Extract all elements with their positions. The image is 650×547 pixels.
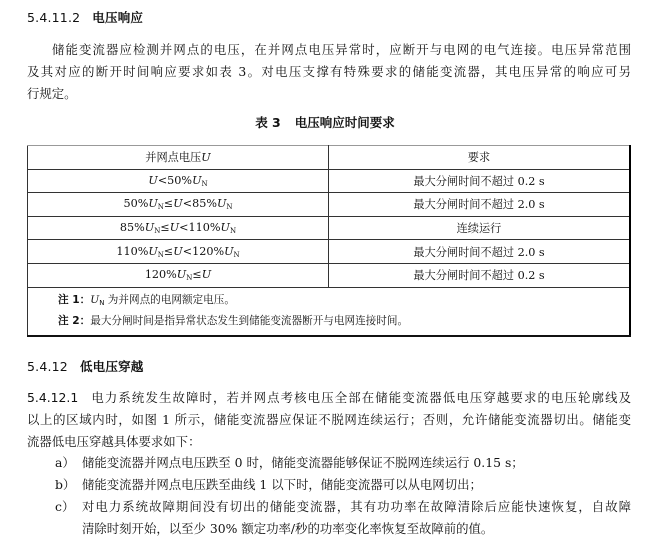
table-number: 表 3: [255, 115, 281, 130]
lvrt-paragraph: 5.4.12.1电力系统发生故障时，若并网点考核电压全部在储能变流器低电压穿越要…: [27, 387, 631, 452]
list-text: 储能变流器并网点电压跌至曲线 1 以下时，储能变流器可以从电网切出；: [82, 474, 631, 496]
paragraph-text: 电力系统发生故障时，若并网点考核电压全部在储能变流器低电压穿越要求的电压轮廓线及: [90, 390, 631, 405]
requirement-cell: 连续运行: [329, 216, 631, 240]
voltage-symbol: U: [201, 151, 210, 164]
header-cell-requirement: 要求: [329, 146, 631, 170]
paragraph-line: 流器低电压穿越具体要求如下：: [27, 431, 631, 453]
table-caption: 表 3电压响应时间要求: [0, 113, 650, 131]
section-heading-5-4-11-2: 5.4.11.2电压响应: [27, 8, 143, 26]
header-cell-voltage: 并网点电压U: [28, 146, 329, 170]
table-note-1: 注 1：UN 为并网点的电网额定电压。: [58, 291, 629, 313]
requirement-cell: 最大分闸时间不超过 2.0 s: [329, 193, 631, 217]
table-row: 120%UN≤U 最大分闸时间不超过 0.2 s: [28, 263, 631, 287]
paragraph-line: 及其对应的断开时间响应要求如表 3。对电压支撑有特殊要求的储能变流器，其电压异常…: [27, 61, 631, 83]
table-row: 50%UN≤U<85%UN 最大分闸时间不超过 2.0 s: [28, 193, 631, 217]
voltage-range-cell: 85%UN≤U<110%UN: [28, 216, 329, 240]
voltage-response-table: 并网点电压U 要求 U<50%UN 最大分闸时间不超过 0.2 s 50%UN≤…: [27, 145, 631, 337]
requirement-cell: 最大分闸时间不超过 0.2 s: [329, 169, 631, 193]
table-row: U<50%UN 最大分闸时间不超过 0.2 s: [28, 169, 631, 193]
voltage-range-cell: 50%UN≤U<85%UN: [28, 193, 329, 217]
list-marker: b）: [55, 474, 75, 496]
requirement-cell: 最大分闸时间不超过 0.2 s: [329, 263, 631, 287]
voltage-range-cell: 120%UN≤U: [28, 263, 329, 287]
section-heading-5-4-12: 5.4.12低电压穿越: [27, 357, 143, 375]
list-text: 清除时刻开始，以至少 30% 额定功率/秒的功率变化率恢复至故障前的值。: [82, 518, 631, 540]
list-marker: a）: [55, 452, 75, 474]
voltage-response-paragraph: 储能变流器应检测并网点的电压，在并网点电压异常时，应断开与电网的电气连接。电压异…: [27, 39, 631, 104]
table-title: 电压响应时间要求: [295, 115, 395, 130]
table-note-2: 注 2：最大分闸时间是指异常状态发生到储能变流器断开与电网连接时间。: [58, 312, 629, 331]
note-label: 注 2：: [58, 315, 90, 327]
paragraph-line: 以上的区域内时，如图 1 所示，储能变流器应保证不脱网连续运行；否则，允许储能变…: [27, 409, 631, 431]
list-text: 对电力系统故障期间没有切出的储能变流器，其有功功率在故障清除后应能快速恢复，自故…: [82, 496, 631, 518]
table-row: 110%UN≤U<120%UN 最大分闸时间不超过 2.0 s: [28, 240, 631, 264]
section-number: 5.4.12: [27, 359, 68, 374]
paragraph-line: 5.4.12.1电力系统发生故障时，若并网点考核电压全部在储能变流器低电压穿越要…: [27, 387, 631, 409]
table-notes-row: 注 1：UN 为并网点的电网额定电压。 注 2：最大分闸时间是指异常状态发生到储…: [28, 287, 631, 336]
note-text: 为并网点的电网额定电压。: [104, 294, 235, 306]
requirement-cell: 最大分闸时间不超过 2.0 s: [329, 240, 631, 264]
table-notes: 注 1：UN 为并网点的电网额定电压。 注 2：最大分闸时间是指异常状态发生到储…: [28, 287, 631, 336]
paragraph-line: 行规定。: [27, 83, 631, 105]
list-marker: c）: [55, 496, 74, 518]
section-title: 低电压穿越: [80, 359, 144, 374]
section-title: 电压响应: [92, 10, 143, 25]
note-text: 最大分闸时间是指异常状态发生到储能变流器断开与电网连接时间。: [90, 315, 408, 327]
table-row: 85%UN≤U<110%UN 连续运行: [28, 216, 631, 240]
header-label: 并网点电压: [145, 151, 201, 164]
voltage-range-cell: 110%UN≤U<120%UN: [28, 240, 329, 264]
note-label: 注 1：: [58, 294, 90, 306]
paragraph-line: 储能变流器应检测并网点的电压，在并网点电压异常时，应断开与电网的电气连接。电压异…: [27, 39, 631, 61]
note-symbol: U: [90, 294, 99, 306]
subsection-number: 5.4.12.1: [27, 390, 78, 405]
table-header-row: 并网点电压U 要求: [28, 146, 631, 170]
voltage-range-cell: U<50%UN: [28, 169, 329, 193]
list-text: 储能变流器并网点电压跌至 0 时，储能变流器能够保证不脱网连续运行 0.15 s…: [82, 452, 631, 474]
section-number: 5.4.11.2: [27, 10, 80, 25]
